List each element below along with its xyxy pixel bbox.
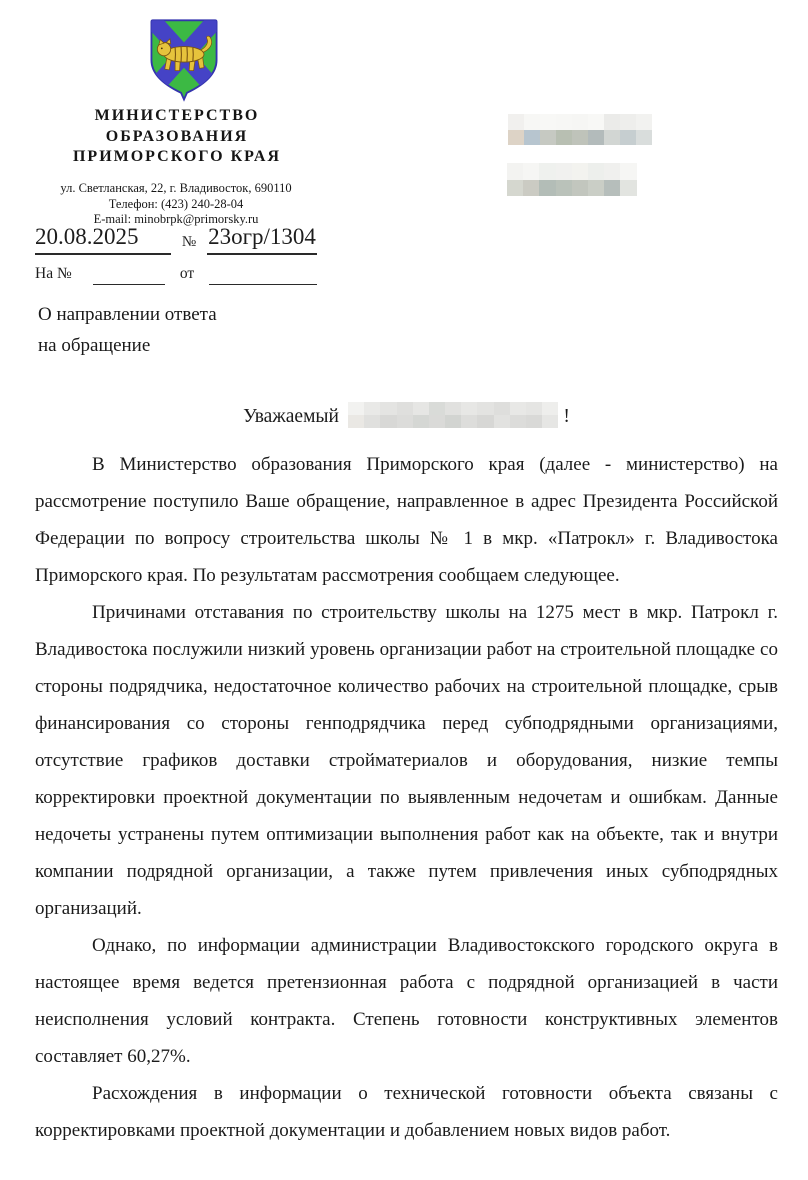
- greeting-punctuation: !: [563, 406, 570, 427]
- number-sign: №: [171, 234, 207, 255]
- body-paragraph: Расхождения в информации о технической г…: [35, 1075, 778, 1149]
- letter-date-field: 20.08.2025: [35, 222, 171, 255]
- phone-line: Телефон: (423) 240-28-04: [18, 197, 334, 213]
- subject-line: на обращение: [38, 330, 217, 361]
- greeting-prefix: Уважаемый: [243, 406, 339, 427]
- incoming-from-label: от: [165, 263, 209, 285]
- outgoing-number-field: 23огр/1304: [207, 222, 317, 255]
- incoming-number-blank: [93, 264, 165, 285]
- greeting-line: Уважаемый!: [35, 399, 778, 435]
- reference-row-incoming: На № от: [35, 263, 317, 285]
- official-letter-page: МИНИСТЕРСТВО ОБРАЗОВАНИЯ ПРИМОРСКОГО КРА…: [0, 0, 808, 1180]
- ministry-name-line: ОБРАЗОВАНИЯ: [35, 127, 319, 148]
- reference-row-outgoing: 20.08.2025 № 23огр/1304: [35, 222, 317, 255]
- redacted-addressee-name: [348, 402, 558, 428]
- incoming-date-blank: [209, 264, 317, 285]
- body-paragraph: Причинами отставания по строительству шк…: [35, 594, 778, 927]
- contact-block: ул. Светланская, 22, г. Владивосток, 690…: [18, 181, 334, 228]
- letter-body: Уважаемый! В Министерство образования Пр…: [35, 399, 778, 1149]
- redacted-recipient-line-2: [507, 163, 637, 196]
- ministry-name-line: ПРИМОРСКОГО КРАЯ: [35, 147, 319, 168]
- body-paragraph: В Министерство образования Приморского к…: [35, 446, 778, 594]
- subject-line: О направлении ответа: [38, 299, 217, 330]
- body-paragraph: Однако, по информации администрации Влад…: [35, 927, 778, 1075]
- redacted-recipient-line-1: [508, 114, 652, 145]
- ministry-name-line: МИНИСТЕРСТВО: [35, 106, 319, 127]
- address-line: ул. Светланская, 22, г. Владивосток, 690…: [18, 181, 334, 197]
- incoming-number-label: На №: [35, 263, 93, 285]
- letter-subject: О направлении ответа на обращение: [38, 299, 217, 361]
- coat-of-arms-icon: [147, 15, 221, 104]
- ministry-name: МИНИСТЕРСТВО ОБРАЗОВАНИЯ ПРИМОРСКОГО КРА…: [35, 106, 319, 168]
